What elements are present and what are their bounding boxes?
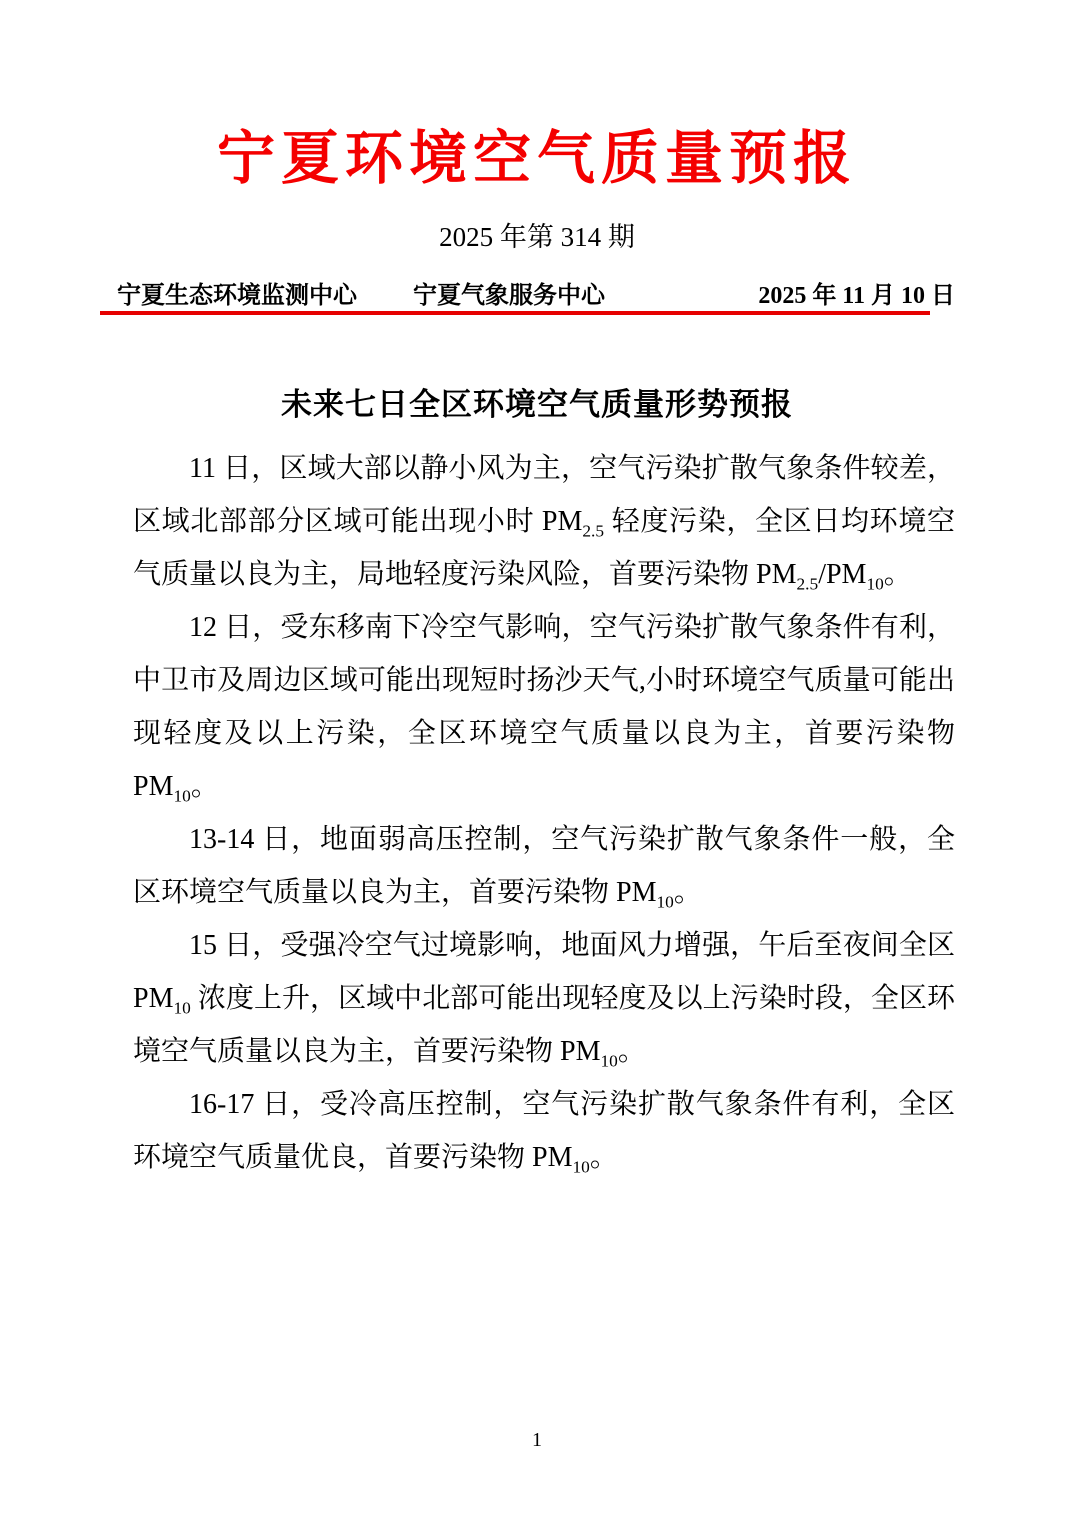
paragraph: 16-17 日，受冷高压控制，空气污染扩散气象条件有利，全区环境空气质量优良，首… bbox=[133, 1078, 955, 1184]
paragraph: 11 日，区域大部以静小风为主，空气污染扩散气象条件较差，区域北部部分区域可能出… bbox=[133, 442, 955, 601]
pm-subscript: 10 bbox=[656, 893, 673, 912]
pm-subscript: 10 bbox=[866, 575, 883, 594]
pm-subscript: 2.5 bbox=[796, 575, 818, 594]
header-rule-divider bbox=[100, 311, 930, 315]
section-title: 未来七日全区环境空气质量形势预报 bbox=[0, 387, 1074, 423]
document-title: 宁夏环境空气质量预报 bbox=[0, 126, 1074, 192]
paragraph: 13-14 日，地面弱高压控制，空气污染扩散气象条件一般，全区环境空气质量以良为… bbox=[133, 813, 955, 919]
issuer-left: 宁夏生态环境监测中心 bbox=[117, 281, 357, 311]
paragraph: 15 日，受强冷空气过境影响，地面风力增强，午后至夜间全区 PM10 浓度上升，… bbox=[133, 919, 955, 1078]
paragraph: 12 日，受东移南下冷空气影响，空气污染扩散气象条件有利，中卫市及周边区域可能出… bbox=[133, 601, 955, 813]
issue-date: 2025 年 11 月 10 日 bbox=[758, 281, 955, 311]
pm-subscript: 10 bbox=[173, 999, 190, 1018]
pm-subscript: 10 bbox=[600, 1052, 617, 1071]
pm-subscript: 10 bbox=[173, 787, 190, 806]
pm-subscript: 2.5 bbox=[582, 522, 604, 541]
document-page: 宁夏环境空气质量预报 2025 年第 314 期 宁夏生态环境监测中心 宁夏气象… bbox=[0, 0, 1074, 1520]
issuer-right: 宁夏气象服务中心 bbox=[413, 281, 605, 311]
issuer-row: 宁夏生态环境监测中心 宁夏气象服务中心 2025 年 11 月 10 日 bbox=[117, 281, 955, 311]
pm-subscript: 10 bbox=[572, 1158, 589, 1177]
forecast-paragraphs: 11 日，区域大部以静小风为主，空气污染扩散气象条件较差，区域北部部分区域可能出… bbox=[133, 442, 955, 1184]
page-number: 1 bbox=[0, 1428, 1074, 1452]
issue-number: 2025 年第 314 期 bbox=[0, 221, 1074, 253]
